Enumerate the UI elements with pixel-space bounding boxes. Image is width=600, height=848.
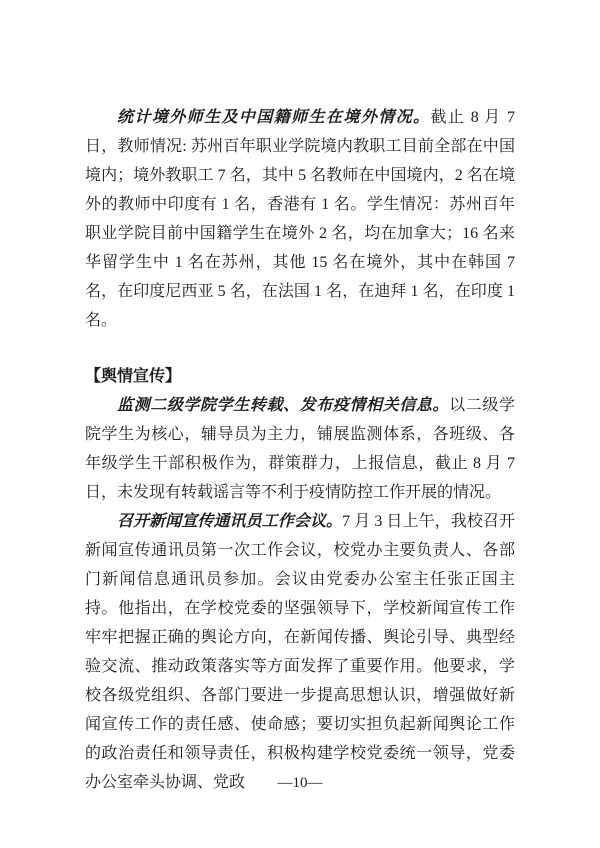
paragraph-lead-bold: 监测二级学院学生转载、发布疫情相关信息。 <box>117 397 449 414</box>
paragraph-lead-bold: 召开新闻宣传通讯员工作会议。 <box>117 513 342 530</box>
paragraph-body-text: 截止 8 月 7 日，教师情况: 苏州百年职业学院境内教职工目前全部在中国境内；… <box>85 109 515 329</box>
page-number: —10— <box>0 769 600 798</box>
section-heading-public-opinion: 【舆情宣传】 <box>85 362 515 391</box>
paragraph-lead-bold: 统计境外师生及中国籍师生在境外情况。 <box>117 109 430 126</box>
paragraph-news-correspondent-meeting: 召开新闻宣传通讯员工作会议。7 月 3 日上午，我校召开新闻宣传通讯员第一次工作… <box>85 507 515 797</box>
document-content: 统计境外师生及中国籍师生在境外情况。截止 8 月 7 日，教师情况: 苏州百年职… <box>85 103 515 797</box>
paragraph-body-text: 7 月 3 日上午，我校召开新闻宣传通讯员第一次工作会议，校党办主要负责人、各部… <box>85 513 515 791</box>
document-page: 统计境外师生及中国籍师生在境外情况。截止 8 月 7 日，教师情况: 苏州百年职… <box>0 0 600 848</box>
paragraph-monitoring-info: 监测二级学院学生转载、发布疫情相关信息。以二级学院学生为核心，辅导员为主力，铺展… <box>85 391 515 507</box>
paragraph-overseas-staff-students: 统计境外师生及中国籍师生在境外情况。截止 8 月 7 日，教师情况: 苏州百年职… <box>85 103 515 335</box>
